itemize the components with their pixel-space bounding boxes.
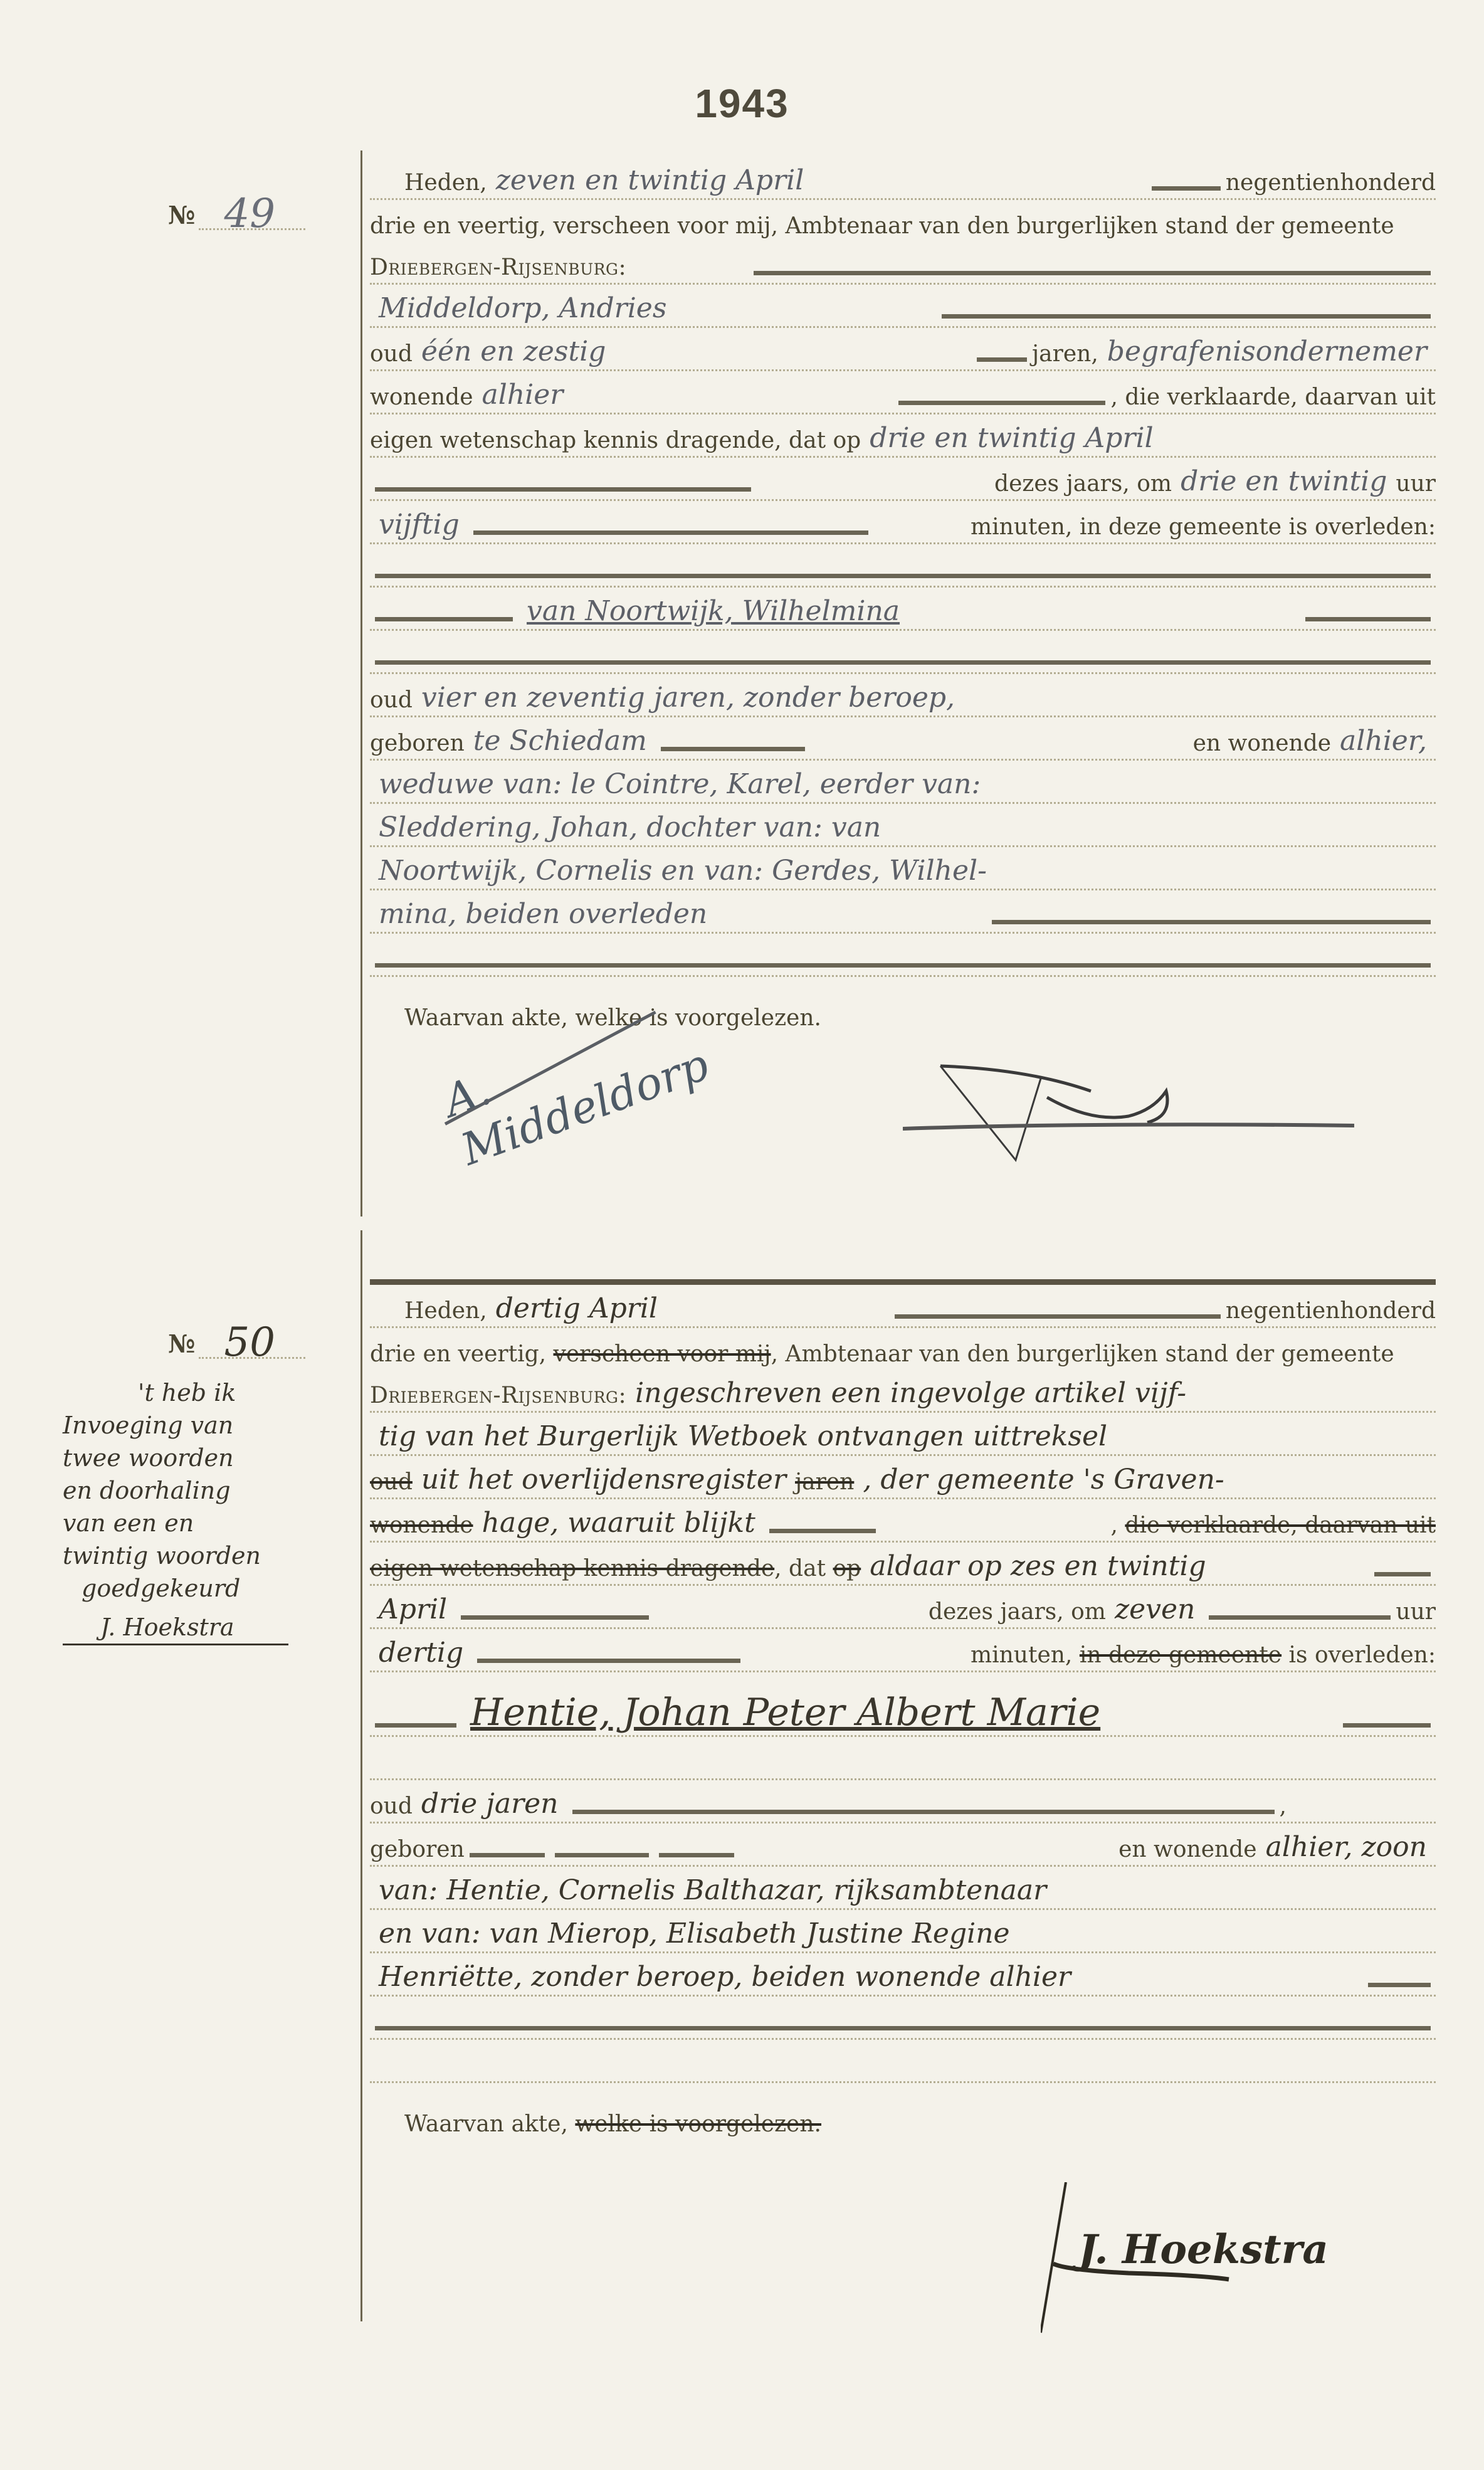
line-extra-2: Sleddering, Johan, dochter van: van xyxy=(370,804,1436,847)
handwritten-residence: alhier xyxy=(473,381,572,413)
margin-note-line: van een en xyxy=(63,1507,326,1539)
entry-separator xyxy=(370,1279,1436,1285)
label-die-verklaarde: , die verklaarde, daarvan uit xyxy=(1110,386,1436,413)
struck-voorgelezen: welke is voorgelezen. xyxy=(575,2113,821,2140)
line-birthplace: geboren en wonende alhier, zoon xyxy=(370,1823,1436,1867)
line-deceased-age: oud vier en zeventig jaren, zonder beroe… xyxy=(370,674,1436,717)
label-year-text: drie en veertig, xyxy=(370,1343,546,1370)
line-blank xyxy=(370,544,1436,588)
label-oud: oud xyxy=(370,1795,413,1822)
signature-declarant: A. Middeldorp xyxy=(433,1010,759,1135)
entry-number-value: 49 xyxy=(224,191,275,237)
line-blank xyxy=(370,1737,1436,1780)
death-record-50: Heden, dertig April negentienhonderd dri… xyxy=(370,1279,1436,2140)
line-extra-2: en van: van Mierop, Elisabeth Justine Re… xyxy=(370,1910,1436,1953)
municipality: Driebergen-Rijsenburg: xyxy=(370,1385,626,1411)
number-sign: № xyxy=(168,1329,195,1359)
handwritten-month: April xyxy=(370,1596,456,1627)
label-en-wonende: en wonende xyxy=(1193,732,1331,759)
struck-jaren: jaren xyxy=(795,1471,854,1497)
label-uur: uur xyxy=(1396,1601,1436,1627)
handwritten-deceased-residence: alhier, xyxy=(1331,727,1436,759)
official-signature-glyph xyxy=(903,1053,1367,1166)
label-jaren: jaren, xyxy=(1032,343,1098,369)
line-declarant: Middeldorp, Andries xyxy=(370,285,1436,328)
struck-wonende: wonende xyxy=(370,1514,473,1541)
margin-note-line: goedgekeurd xyxy=(63,1572,326,1605)
label-negentienhonderd: negentienhonderd xyxy=(1226,172,1436,198)
margin-note-line: en doorhaling xyxy=(63,1474,326,1507)
handwritten-residence: alhier, zoon xyxy=(1257,1834,1436,1865)
entry-number-value: 50 xyxy=(224,1319,275,1366)
handwritten-death-date: drie en twintig April xyxy=(861,425,1162,456)
label-uur: uur xyxy=(1396,473,1436,499)
municipality: Driebergen-Rijsenburg: xyxy=(370,256,626,283)
handwritten-occupation: begrafenisondernemer xyxy=(1098,338,1436,369)
line-ambtenaar: drie en veertig, verscheen voor mij , Am… xyxy=(370,1328,1436,1370)
handwritten-deceased-name: van Noortwijk, Wilhelmina xyxy=(518,598,908,629)
line-text-2: tig van het Burgerlijk Wetboek ontvangen… xyxy=(370,1413,1436,1456)
line-text-3: oud uit het overlijdensregister jaren , … xyxy=(370,1456,1436,1499)
label-is-overleden: is overleden: xyxy=(1289,1644,1436,1670)
label-year-text: drie en veertig, xyxy=(370,215,546,241)
line-ambtenaar: drie en veertig, verscheen voor mij, Amb… xyxy=(370,200,1436,241)
handwritten-relations: Noortwijk, Cornelis en van: Gerdes, Wilh… xyxy=(370,857,996,889)
handwritten-minutes: dertig xyxy=(370,1639,472,1670)
handwritten-text: hage, waaruit blijkt xyxy=(473,1509,764,1541)
label-minuten: minuten, in deze gemeente is overleden: xyxy=(971,516,1436,542)
death-record-49: Heden, zeven en twintig April negentienh… xyxy=(370,157,1436,1033)
closing-statement: Waarvan akte, xyxy=(404,2113,568,2140)
handwritten-deceased-age: vier en zeventig jaren, zonder beroep, xyxy=(413,684,964,715)
handwritten-relations: en van: van Mierop, Elisabeth Justine Re… xyxy=(370,1920,1019,1951)
line-deceased: van Noortwijk, Wilhelmina xyxy=(370,588,1436,631)
line-extra-3: Noortwijk, Cornelis en van: Gerdes, Wilh… xyxy=(370,847,1436,890)
handwritten-text: tig van het Burgerlijk Wetboek ontvangen… xyxy=(370,1423,1116,1454)
handwritten-relations: Henriëtte, zonder beroep, beiden wonende… xyxy=(370,1963,1080,1995)
line-text-4: wonende hage, waaruit blijkt , die verkl… xyxy=(370,1499,1436,1543)
entry-number-49: № 49 xyxy=(168,201,305,230)
line-time: April dezes jaars, om zeven uur xyxy=(370,1586,1436,1629)
margin-note-line: twee woorden xyxy=(63,1442,326,1474)
line-minutes: vijftig minuten, in deze gemeente is ove… xyxy=(370,501,1436,544)
register-year: 1943 xyxy=(0,80,1484,127)
margin-note-line: Invoeging van xyxy=(63,1409,326,1442)
handwritten-relations: van: Hentie, Cornelis Balthazar, rijksam… xyxy=(370,1877,1055,1908)
line-knowledge: eigen wetenschap kennis dragende, dat op… xyxy=(370,414,1436,458)
label-oud: oud xyxy=(370,343,413,369)
margin-signature: J. Hoekstra xyxy=(63,1611,288,1645)
line-minutes: dertig minuten, in deze gemeente is over… xyxy=(370,1629,1436,1672)
handwritten-text: uit het overlijdensregister xyxy=(413,1466,795,1497)
signature-official xyxy=(903,1053,1367,1166)
margin-note-line: twintig woorden xyxy=(63,1539,326,1572)
label-heden: Heden, xyxy=(404,172,487,198)
line-deceased: Hentie, Johan Peter Albert Marie xyxy=(370,1672,1436,1737)
handwritten-text: aldaar op zes en twintig xyxy=(861,1553,1214,1584)
label-eigen-wetenschap: eigen wetenschap kennis dragende, dat op xyxy=(370,430,861,456)
handwritten-relations: weduwe van: le Cointre, Karel, eerder va… xyxy=(370,771,989,802)
struck-die-verklaarde: die verklaarde, daarvan uit xyxy=(1125,1514,1436,1541)
handwritten-birthplace: te Schiedam xyxy=(465,727,656,759)
struck-op: op xyxy=(833,1558,861,1584)
margin-rule-entry-49 xyxy=(360,150,362,1217)
label-verscheen: verscheen voor mij, xyxy=(554,215,779,241)
label-dezes-jaars: dezes jaars, om xyxy=(929,1601,1106,1627)
struck-oud: oud xyxy=(370,1471,413,1497)
line-birthplace: geboren te Schiedam en wonende alhier, xyxy=(370,717,1436,761)
line-municipality: Driebergen-Rijsenburg: ingeschreven een … xyxy=(370,1370,1436,1413)
line-deceased-age: oud drie jaren , xyxy=(370,1780,1436,1823)
number-sign: № xyxy=(168,201,195,230)
line-date: Heden, zeven en twintig April negentienh… xyxy=(370,157,1436,200)
handwritten-declarant: Middeldorp, Andries xyxy=(370,295,675,326)
signature-flourish-icon xyxy=(1041,2182,1379,2345)
label-minuten: minuten, xyxy=(971,1644,1072,1670)
label-ambtenaar: Ambtenaar van den burgerlijken stand der… xyxy=(786,215,1394,241)
line-municipality: Driebergen-Rijsenburg: xyxy=(370,241,1436,285)
margin-rule-entry-50 xyxy=(360,1230,362,2321)
line-declarant-age: oud één en zestig jaren, begrafenisonder… xyxy=(370,328,1436,371)
margin-note-line: 't heb ik xyxy=(63,1376,326,1409)
line-extra-3: Henriëtte, zonder beroep, beiden wonende… xyxy=(370,1953,1436,1997)
label-geboren: geboren xyxy=(370,732,465,759)
line-extra-1: weduwe van: le Cointre, Karel, eerder va… xyxy=(370,761,1436,804)
line-blank-2 xyxy=(370,1997,1436,2040)
handwritten-date: dertig April xyxy=(487,1295,666,1326)
handwritten-deceased-name: Hentie, Johan Peter Albert Marie xyxy=(461,1694,1109,1735)
line-extra-4: mina, beiden overleden xyxy=(370,890,1436,934)
handwritten-hour: zeven xyxy=(1106,1596,1204,1627)
label-geboren: geboren xyxy=(370,1839,465,1865)
struck-in-deze-gemeente: in deze gemeente xyxy=(1080,1644,1281,1670)
margin-approval-note: 't heb ik Invoeging van twee woorden en … xyxy=(63,1376,326,1645)
handwritten-age: één en zestig xyxy=(413,338,615,369)
label-wonende: wonende xyxy=(370,386,473,413)
handwritten-age: drie jaren xyxy=(413,1790,567,1822)
line-residence: wonende alhier , die verklaarde, daarvan… xyxy=(370,371,1436,414)
signature-official-50: J. Hoekstra xyxy=(1041,2182,1379,2345)
struck-verscheen: verscheen voor mij xyxy=(554,1343,771,1370)
label-ambtenaar: , Ambtenaar van den burgerlijken stand d… xyxy=(771,1343,1394,1370)
handwritten-hour: drie en twintig xyxy=(1172,468,1396,499)
handwritten-relations: Sleddering, Johan, dochter van: van xyxy=(370,814,890,845)
handwritten-text: ingeschreven een ingevolge artikel vijf- xyxy=(626,1380,1195,1411)
line-date: Heden, dertig April negentienhonderd xyxy=(370,1285,1436,1328)
label-dat: , dat xyxy=(774,1558,826,1584)
line-time: dezes jaars, om drie en twintig uur xyxy=(370,458,1436,501)
line-blank-2 xyxy=(370,631,1436,674)
handwritten-relations: mina, beiden overleden xyxy=(370,900,716,932)
line-blank-3 xyxy=(370,2040,1436,2083)
entry-number-50: № 50 xyxy=(168,1329,305,1359)
line-extra-1: van: Hentie, Cornelis Balthazar, rijksam… xyxy=(370,1867,1436,1910)
line-text-5: eigen wetenschap kennis dragende , dat o… xyxy=(370,1543,1436,1586)
label-negentienhonderd: negentienhonderd xyxy=(1226,1300,1436,1326)
line-waarvan: Waarvan akte, welke is voorgelezen. xyxy=(370,2083,1436,2140)
label-oud: oud xyxy=(370,689,413,715)
label-en-wonende: en wonende xyxy=(1118,1839,1256,1865)
handwritten-date: zeven en twintig April xyxy=(487,167,813,198)
label-dezes-jaars: dezes jaars, om xyxy=(994,473,1172,499)
label-heden: Heden, xyxy=(404,1300,487,1326)
handwritten-text: , der gemeente 's Graven- xyxy=(854,1466,1233,1497)
handwritten-minutes: vijftig xyxy=(370,511,468,542)
struck-eigen-wetenschap: eigen wetenschap kennis dragende xyxy=(370,1558,774,1584)
line-blank-3 xyxy=(370,934,1436,977)
